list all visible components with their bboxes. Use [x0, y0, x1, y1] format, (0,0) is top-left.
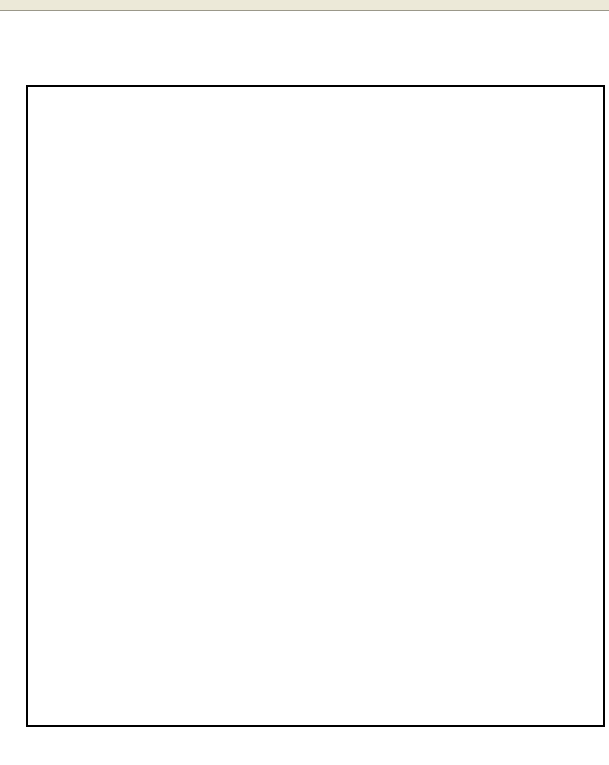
column-header-strip[interactable]: [0, 0, 609, 11]
spreadsheet: [0, 0, 609, 765]
table-outer-border: [26, 85, 605, 727]
